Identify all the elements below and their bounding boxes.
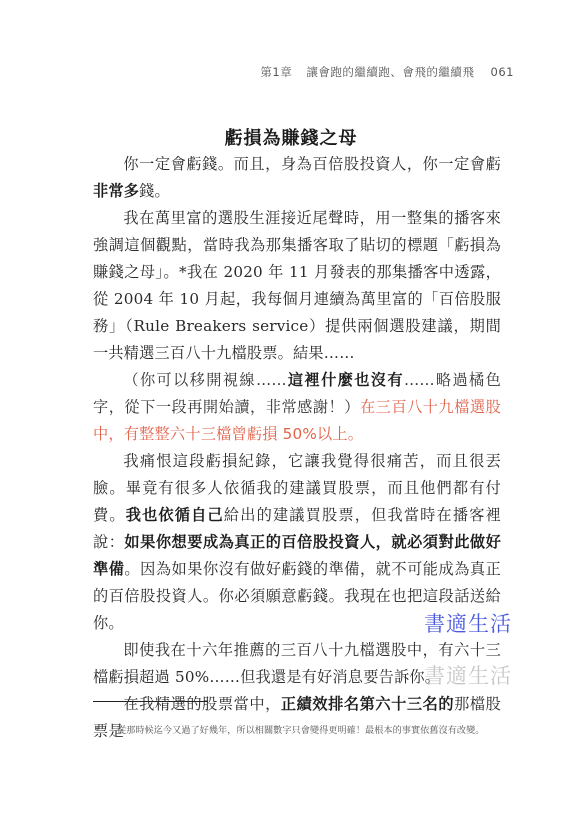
running-head: 第1章 讓會跑的繼續跑、會飛的繼續飛 061 <box>260 64 514 80</box>
emphasis: 非常多 <box>93 182 139 200</box>
paragraph-3: （你可以移開視線……這裡什麼也沒有……略過橘色字，從下一段再開始讀，非常感謝！）… <box>93 367 501 448</box>
watermark-primary: 書適生活 <box>424 608 512 638</box>
footnote-mark: * <box>95 725 117 736</box>
page-number: 061 <box>491 65 514 79</box>
section-title: 虧損為賺錢之母 <box>0 124 582 150</box>
body-text: 你一定會虧錢。而且，身為百倍股投資人，你一定會虧非常多錢。 我在萬里富的選股生涯… <box>93 151 501 745</box>
watermark-secondary: 書適生活 <box>424 660 512 690</box>
paragraph-2: 我在萬里富的選股生涯接近尾聲時，用一整集的播客來強調這個觀點，當時我為那集播客取… <box>93 205 501 367</box>
emphasis: 正績效排名第六十三名的 <box>281 695 454 713</box>
text-run: 你一定會虧錢。而且，身為百倍股投資人，你一定會虧 <box>123 155 501 173</box>
text-run: 我在萬里富的選股生涯接近尾聲時，用一整集的播客來強調這個觀點，當時我為那集播客取… <box>93 209 501 362</box>
emphasis: 我也依循自己 <box>126 506 224 524</box>
chapter-title: 讓會跑的繼續跑、會飛的繼續飛 <box>306 65 474 79</box>
text-run: 錢。 <box>139 182 170 200</box>
emphasis: 這裡什麼也沒有 <box>287 371 404 389</box>
chapter-number: 第1章 <box>260 65 292 79</box>
text-run: （你可以移開視線…… <box>123 371 286 389</box>
footnote-divider <box>93 701 208 702</box>
paragraph-1: 你一定會虧錢。而且，身為百倍股投資人，你一定會虧非常多錢。 <box>93 151 501 205</box>
footnote-text: 從那時候迄今又過了好幾年，所以相關數字只會變得更明確！最根本的事實依舊沒有改變。 <box>117 725 485 736</box>
paragraph-6: 在我精選的股票當中，正績效排名第六十三名的那檔股票是 <box>93 691 501 745</box>
text-run: 在我精選的股票當中， <box>123 695 280 713</box>
footnote: *從那時候迄今又過了好幾年，所以相關數字只會變得更明確！最根本的事實依舊沒有改變… <box>95 722 515 736</box>
